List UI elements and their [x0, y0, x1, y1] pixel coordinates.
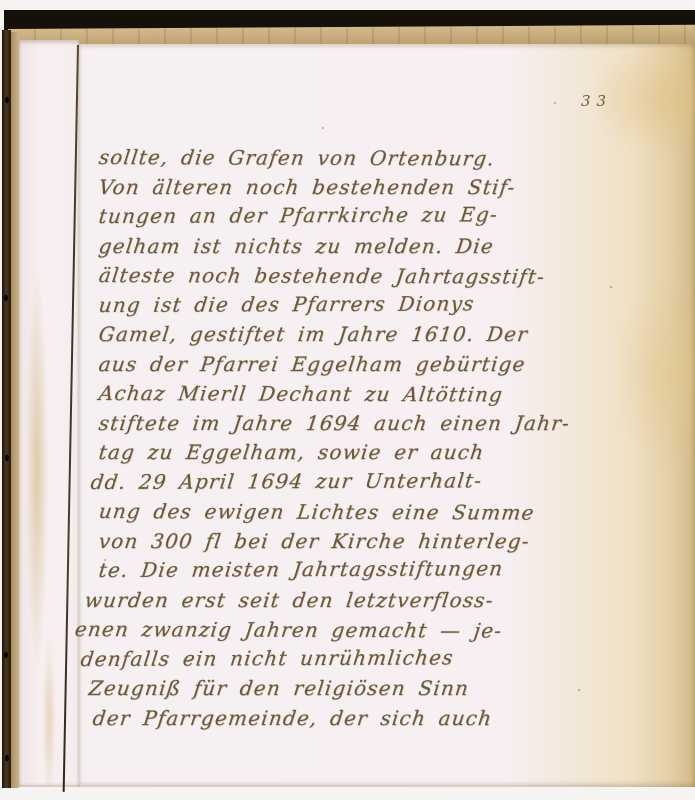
handwritten-line: ung des ewigen Lichtes eine Summe: [97, 497, 601, 528]
page-number: 33: [581, 92, 612, 110]
handwritten-line: tag zu Eggelham, sowie er auch: [97, 438, 601, 468]
handwritten-line: ung ist die des Pfarrers Dionys: [97, 288, 601, 320]
handwritten-line: der Pfarrgemeinde, der sich auch: [91, 704, 601, 734]
handwritten-line: aus der Pfarrei Eggelham gebürtige: [97, 350, 601, 380]
handwritten-line: Achaz Mierll Dechant zu Altötting: [97, 379, 601, 410]
handwritten-line: gelham ist nichts zu melden. Die: [97, 232, 601, 262]
handwritten-line: te. Die meisten Jahrtagsstiftungen: [97, 554, 601, 586]
handwritten-line: wurden erst seit den letztverfloss-: [83, 586, 601, 616]
handwritten-line: Gamel, gestiftet im Jahre 1610. Der: [97, 320, 601, 350]
book-binding-edge: [11, 32, 19, 788]
handwritten-line: stiftete im Jahre 1694 auch einen Jahr-: [97, 409, 601, 439]
handwritten-line: älteste noch bestehende Jahrtagsstift-: [97, 261, 601, 292]
handwritten-line: Zeugniß für den religiösen Sinn: [87, 674, 601, 704]
handwritten-line: sollte, die Grafen von Ortenburg.: [97, 143, 601, 174]
handwritten-line: Von älteren noch bestehenden Stif-: [97, 173, 601, 203]
manuscript-page: 33 sollte, die Grafen von Ortenburg.Von …: [79, 44, 695, 787]
handwritten-line: enen zwanzig Jahren gemacht — je-: [73, 615, 600, 646]
handwritten-line: dd. 29 April 1694 zur Unterhalt-: [89, 465, 601, 497]
handwritten-line: tungen an der Pfarrkirche zu Eg-: [97, 200, 601, 232]
handwritten-line: denfalls ein nicht unrühmliches: [79, 642, 601, 674]
book-binding-stitching: [2, 30, 11, 788]
manuscript-text: sollte, die Grafen von Ortenburg.Von ält…: [97, 143, 597, 733]
handwritten-line: von 300 fl bei der Kirche hinterleg-: [97, 527, 601, 557]
book-page-photo: 33 sollte, die Grafen von Ortenburg.Von …: [0, 0, 695, 800]
